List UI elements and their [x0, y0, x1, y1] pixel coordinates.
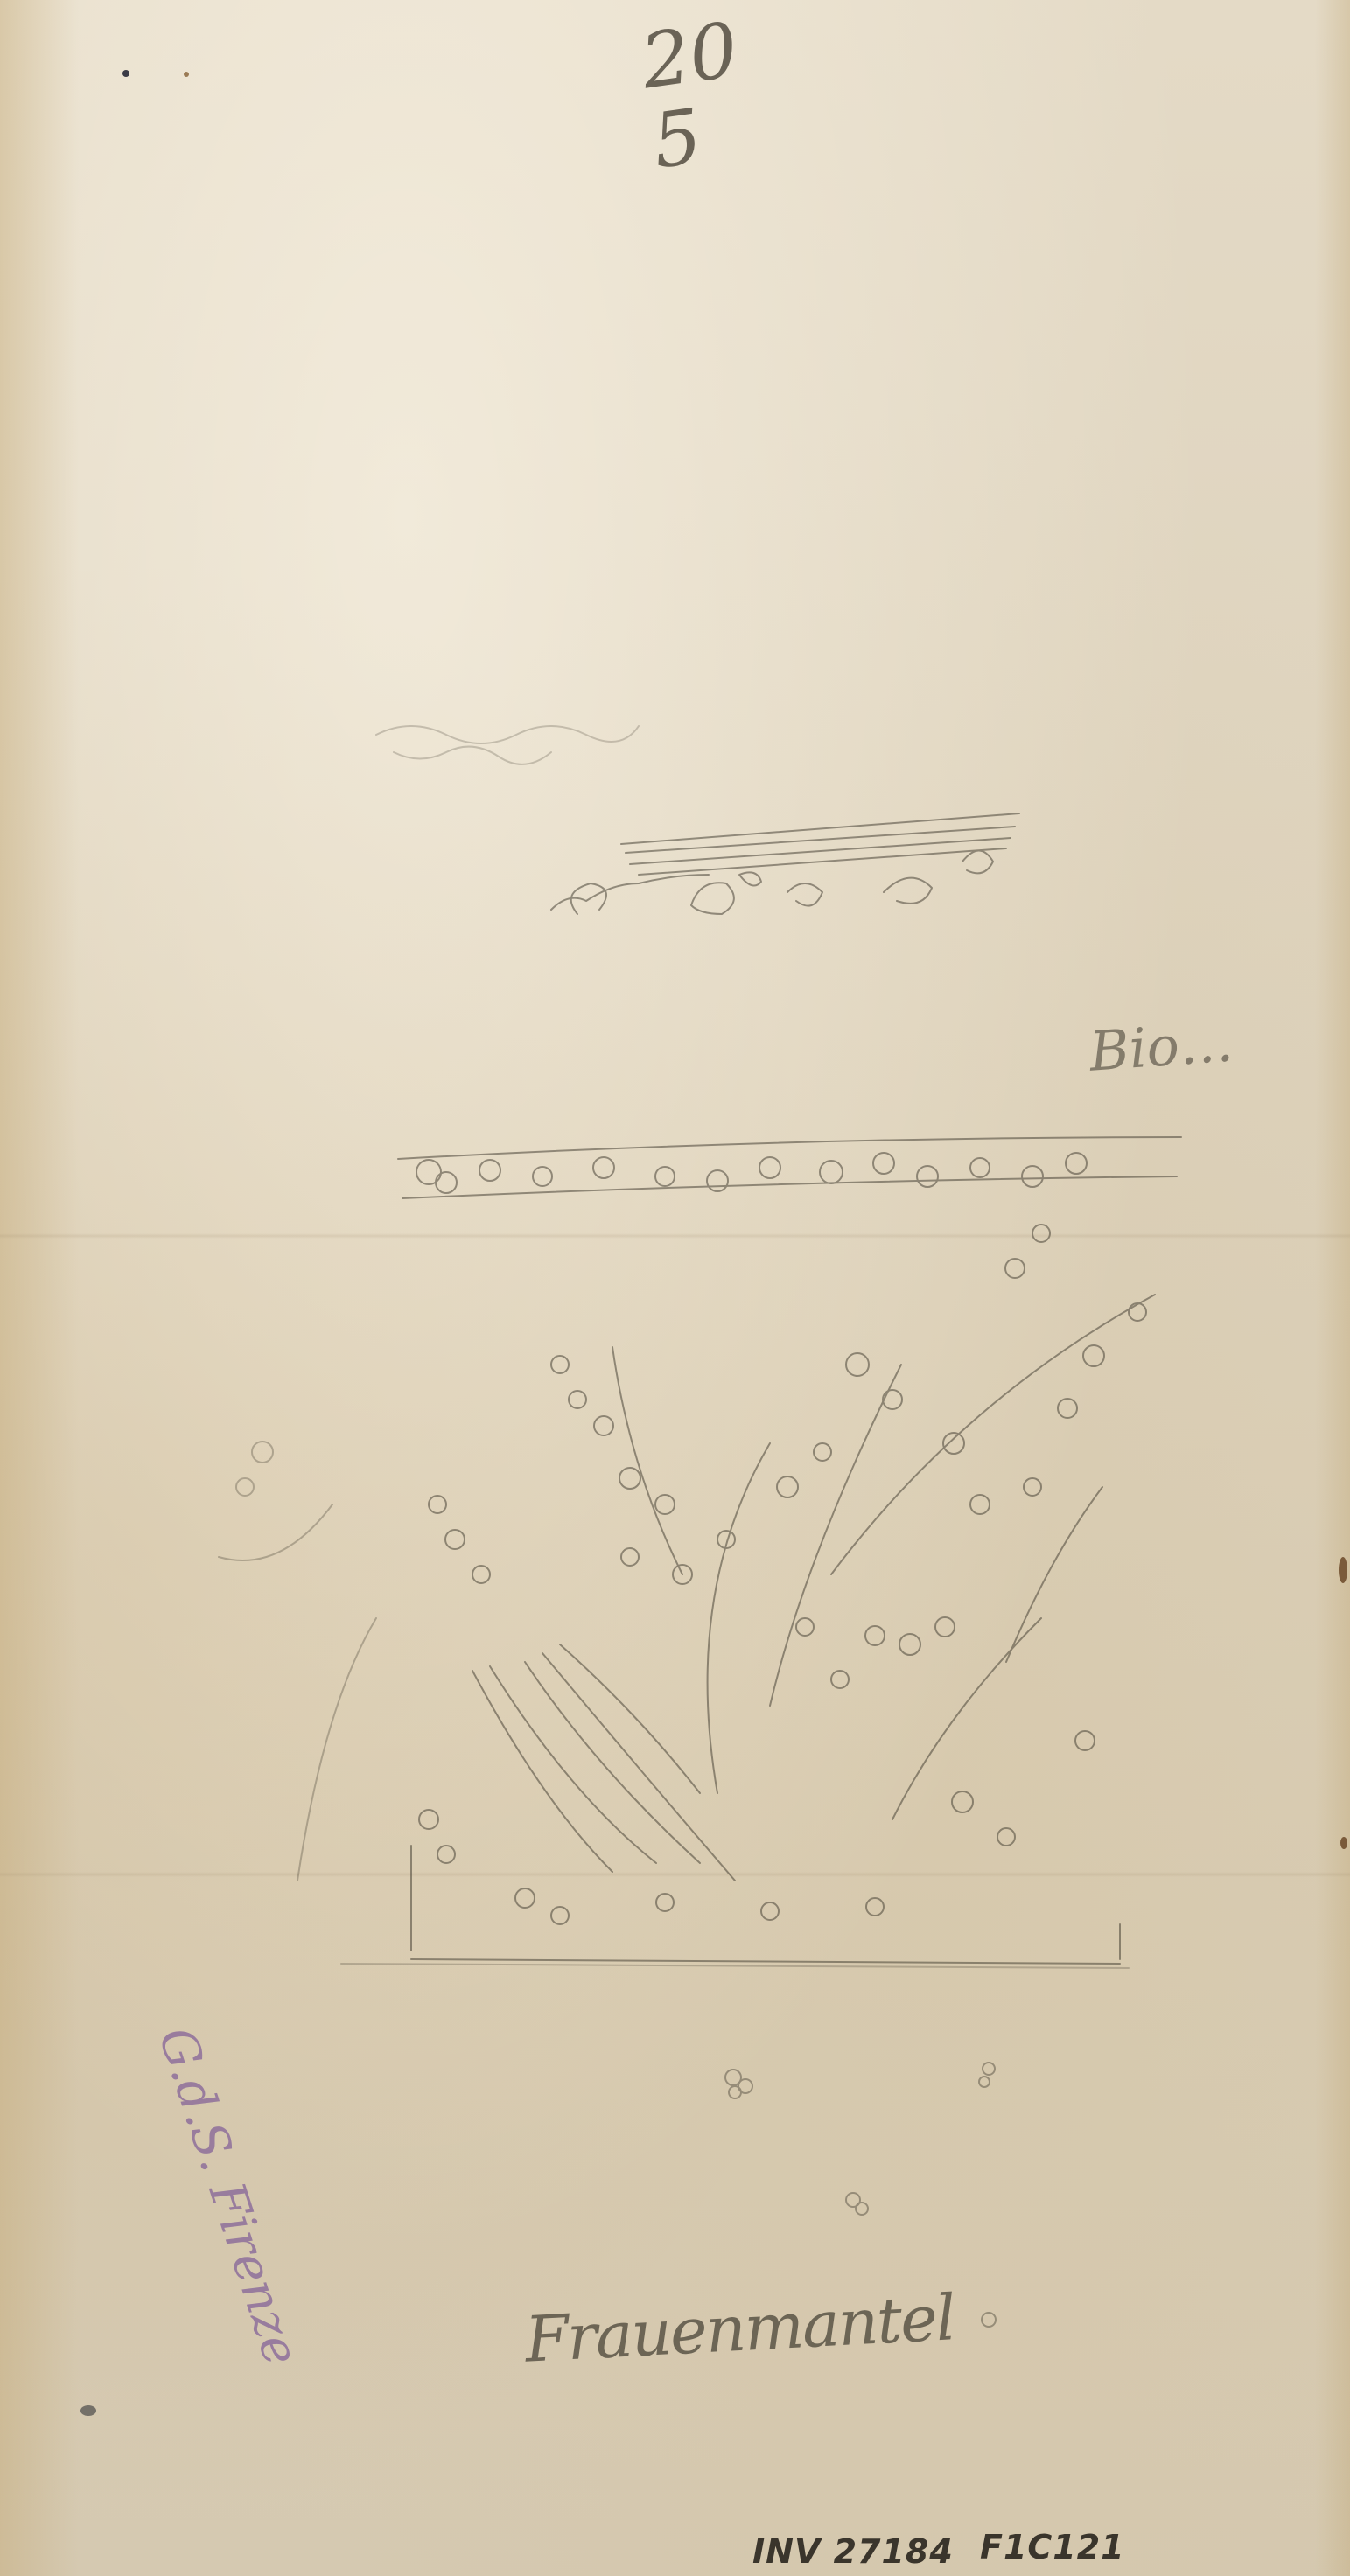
- faint-ornament-sketch: [376, 726, 639, 764]
- inscription-number-1: 20: [637, 10, 743, 102]
- paper-sheet: 20 5 Bio… G.d.S. Firenze Frauenmantel IN…: [0, 0, 1350, 2576]
- floral-frieze-band: [398, 1137, 1181, 1198]
- flowering-branch-study: [219, 1225, 1155, 1968]
- collection-code-label: F1C121: [980, 2528, 1125, 2566]
- inventory-number-label: INV 27184: [752, 2532, 954, 2571]
- inscription-right-margin: Bio…: [1088, 1009, 1235, 1083]
- inscription-number-2: 5: [648, 89, 754, 182]
- scroll-frieze-sketch: [551, 813, 1019, 914]
